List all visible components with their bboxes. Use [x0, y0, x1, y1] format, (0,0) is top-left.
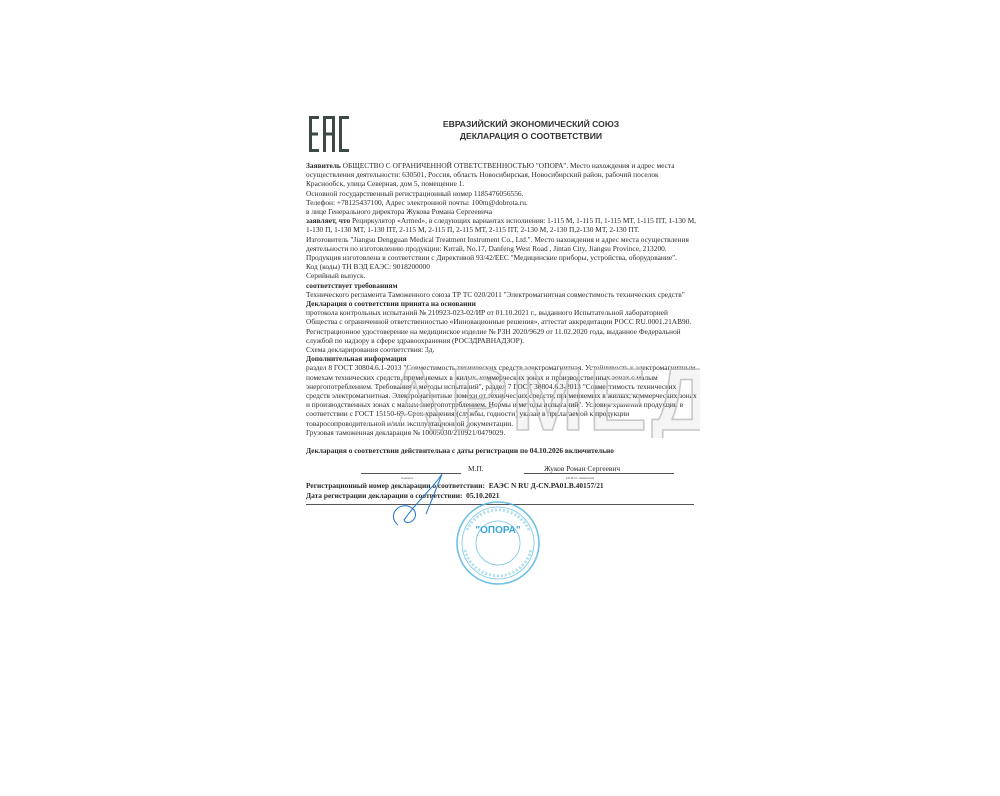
document-header: ЕВРАЗИЙСКИЙ ЭКОНОМИЧЕСКИЙ СОЮЗ ДЕКЛАРАЦИ…	[366, 118, 696, 142]
registration-block: Регистрационный номер декларации о соотв…	[306, 481, 698, 499]
registration-date-row: Дата регистрации декларации о соответств…	[306, 491, 698, 500]
stamp-text: "ОПОРА"	[475, 525, 520, 536]
declares-text: Рециркулятор «Armed», в следующих вариан…	[306, 216, 696, 234]
declares-paragraph: заявляет, что Рециркулятор «Armed», в сл…	[306, 216, 698, 234]
additional-text: раздел 8 ГОСТ 30804.6.1-2013 "Совместимо…	[306, 363, 698, 427]
additional-label: Дополнительная информация	[306, 354, 698, 363]
ogrn-text: Основной государственный регистрационный…	[306, 189, 698, 198]
union-title: ЕВРАЗИЙСКИЙ ЭКОНОМИЧЕСКИЙ СОЮЗ	[366, 118, 696, 130]
validity-text: Декларация о соответствии действительна …	[306, 446, 698, 455]
registration-date-value: 05.10.2021	[466, 491, 499, 500]
represented-by-text: в лице Генерального директора Жукова Ром…	[306, 207, 698, 216]
signature-row: подпись М.П. Жуков Роман Сергеевич (Ф.И.…	[306, 461, 698, 481]
declaration-title: ДЕКЛАРАЦИЯ О СООТВЕТСТВИИ	[366, 130, 696, 142]
directive-text: Продукция изготовлена в соответствии с Д…	[306, 253, 698, 262]
declaration-body: Заявитель ОБЩЕСТВО С ОГРАНИЧЕННОЙ ОТВЕТС…	[306, 161, 698, 505]
conforms-text: Технического регламента Таможенного союз…	[306, 290, 698, 299]
company-stamp-icon: "ОПОРА"	[455, 500, 541, 586]
signatory-name: Жуков Роман Сергеевич	[544, 464, 620, 473]
tn-ved-text: Код (коды) ТН ВЭД ЕАЭС: 9018200000	[306, 262, 698, 271]
applicant-paragraph: Заявитель ОБЩЕСТВО С ОГРАНИЧЕННОЙ ОТВЕТС…	[306, 161, 698, 189]
serial-text: Серийный выпуск.	[306, 271, 698, 280]
conforms-label: соответствует требованиям	[306, 281, 698, 290]
declares-label: заявляет, что	[306, 216, 350, 225]
customs-text: Грузовая таможенная декларация № 1000503…	[306, 428, 698, 437]
manufacturer-text: Изготовитель "Jiangsu Dengguan Medical T…	[306, 235, 698, 253]
contacts-text: Телефон: +78125437100, Адрес электронной…	[306, 198, 698, 207]
eac-logo-icon	[308, 114, 350, 154]
registration-number-row: Регистрационный номер декларации о соотв…	[306, 481, 698, 490]
signatory-line	[524, 473, 674, 474]
applicant-label: Заявитель	[306, 161, 341, 170]
basis-label: Декларация о соответствии принята на осн…	[306, 299, 698, 308]
scheme-text: Схема декларирования соответствия: 3д.	[306, 345, 698, 354]
signatory-caption: (Ф.И.О. заявителя)	[566, 474, 594, 483]
stamp-place-label: М.П.	[468, 464, 484, 473]
basis-text: протокола контрольных испытаний № 210923…	[306, 308, 698, 345]
signature-icon	[378, 470, 458, 530]
applicant-text: ОБЩЕСТВО С ОГРАНИЧЕННОЙ ОТВЕТСТВЕННОСТЬЮ…	[306, 161, 675, 188]
